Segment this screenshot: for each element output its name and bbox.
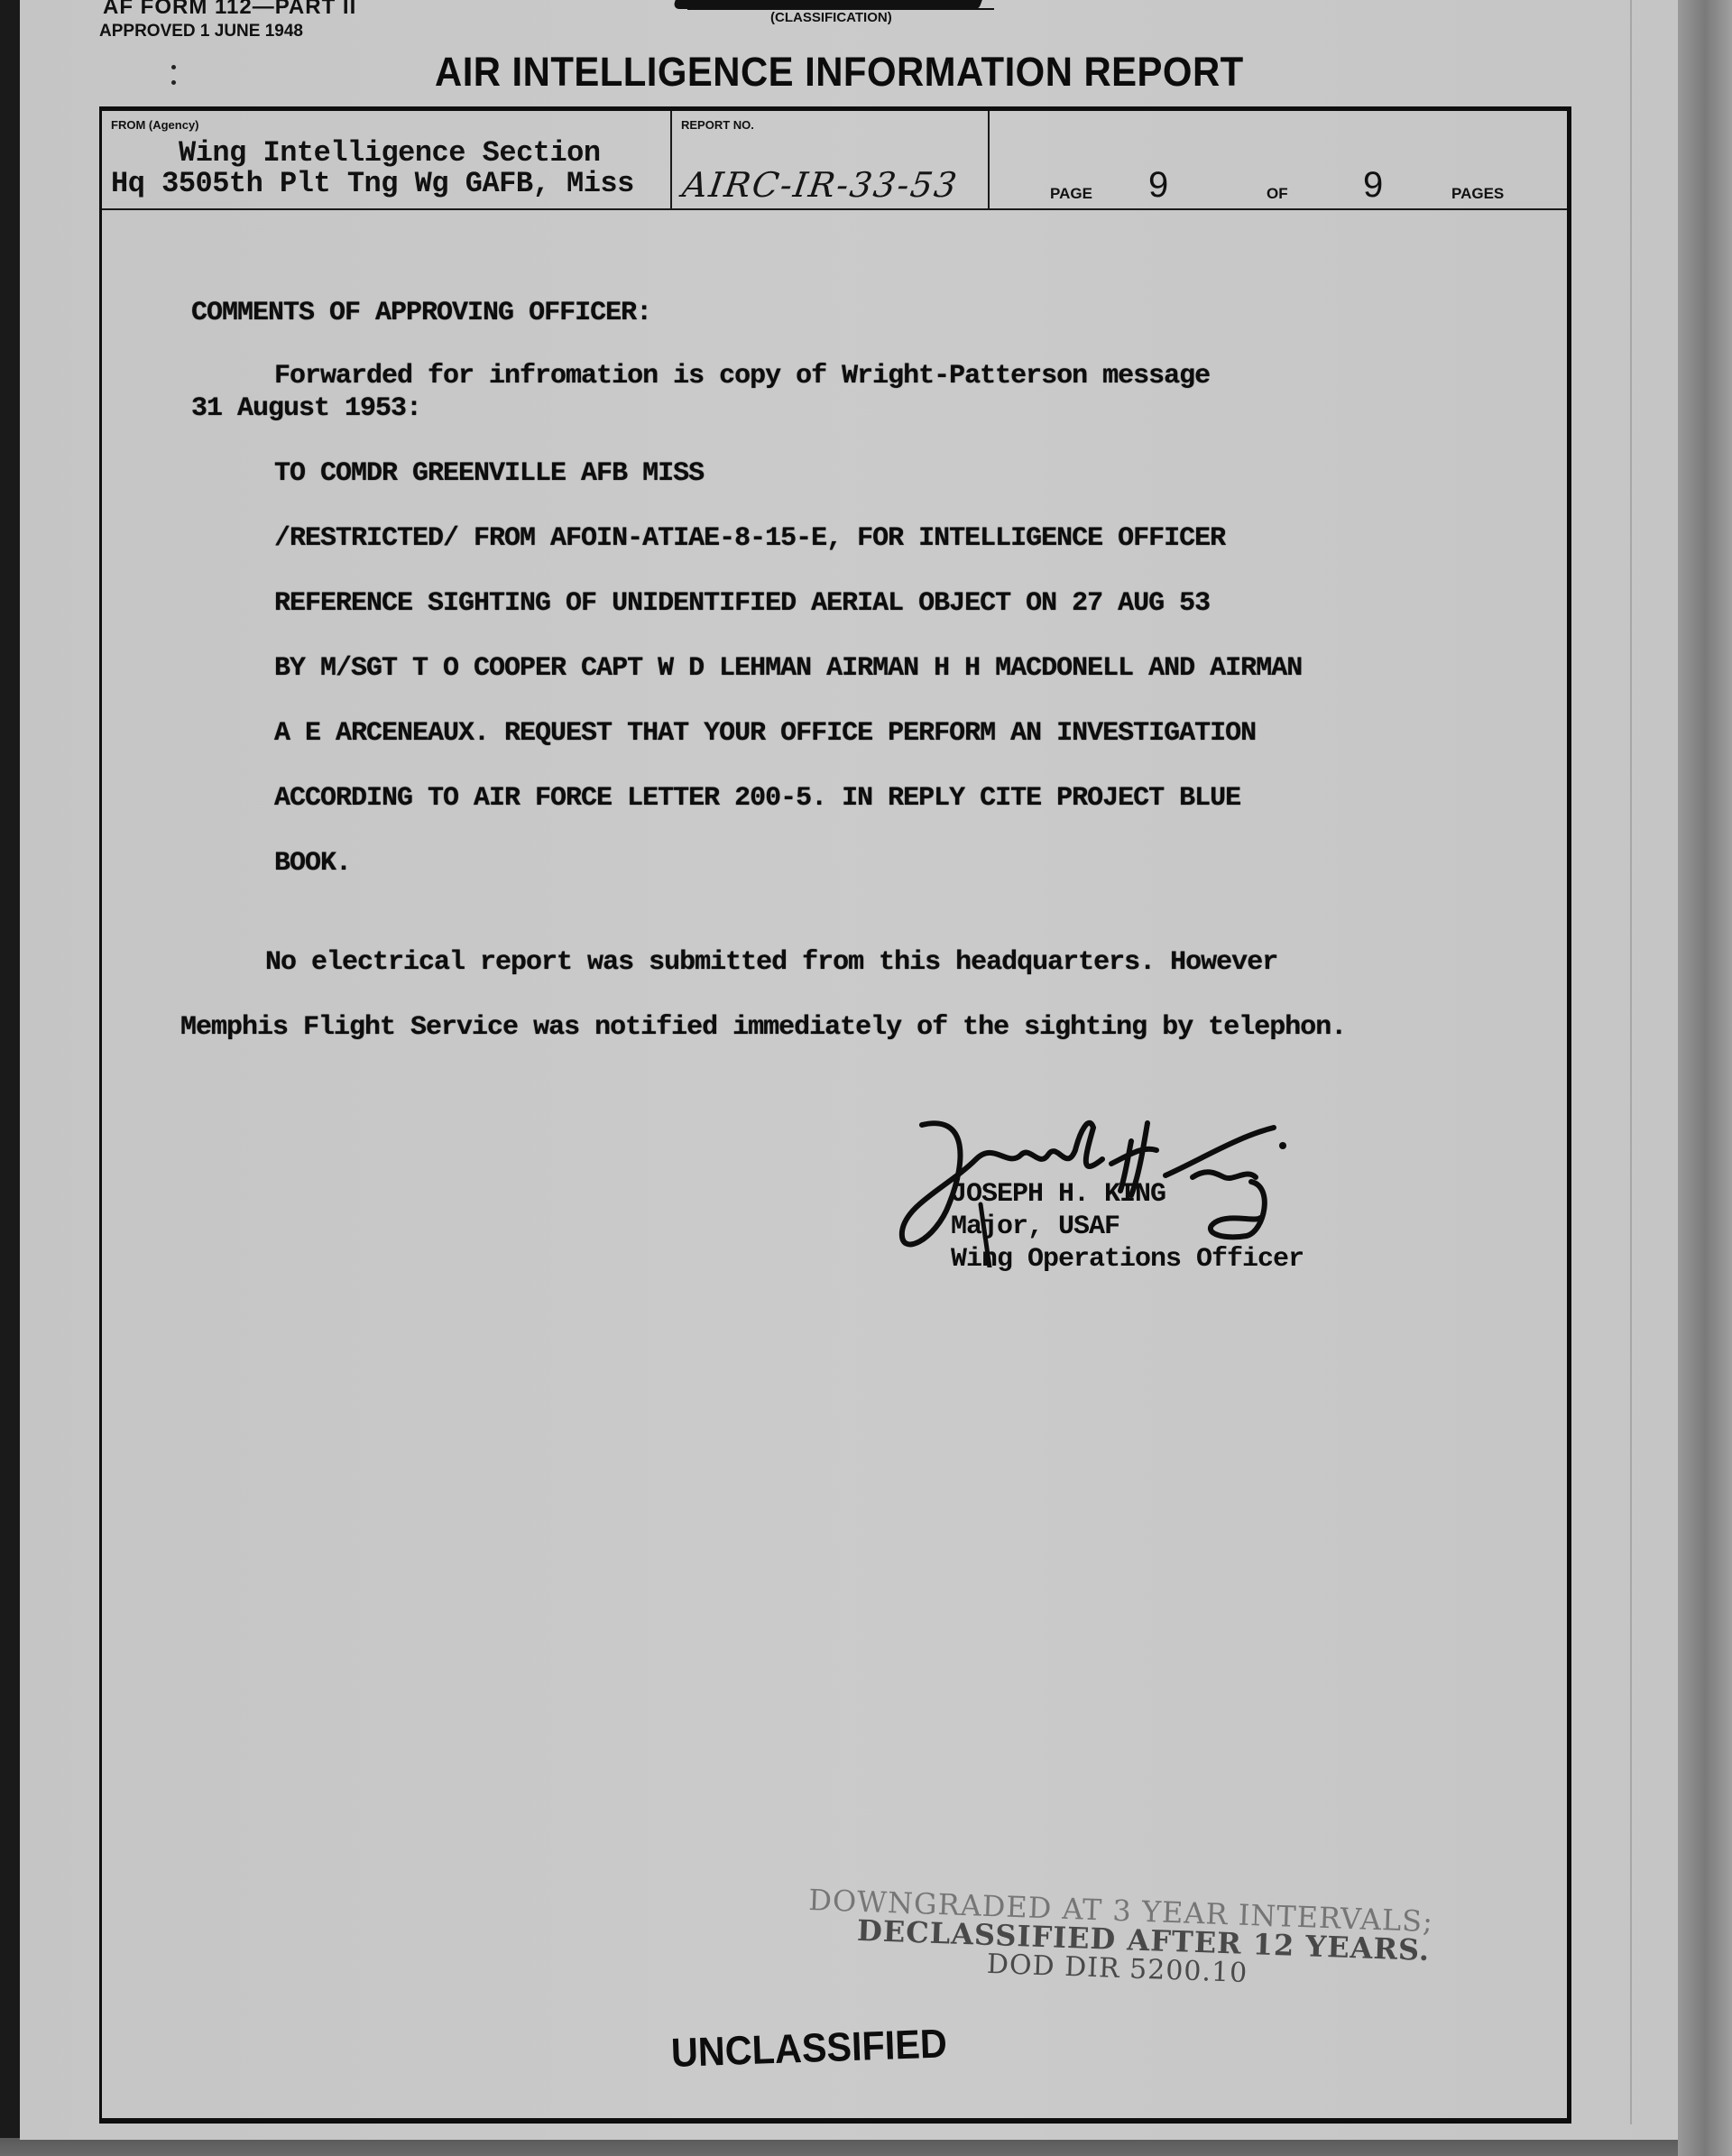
signer-title: Wing Operations Officer <box>951 1243 1304 1276</box>
signer-name: JOSEPH H. KING <box>951 1178 1304 1211</box>
closing-line-1: No electrical report was submitted from … <box>265 947 1277 978</box>
report-number-label: REPORT NO. <box>681 118 754 132</box>
message-line: REFERENCE SIGHTING OF UNIDENTIFIED AERIA… <box>274 588 1210 619</box>
comments-heading: COMMENTS OF APPROVING OFFICER: <box>191 298 651 328</box>
from-agency-label: FROM (Agency) <box>111 118 199 132</box>
report-number-cell: REPORT NO. AIRC-IR-33-53 <box>672 111 990 208</box>
document-page: AF FORM 112—PART II APPROVED 1 JUNE 1948… <box>20 0 1678 2140</box>
signature-block: JOSEPH H. KING Major, USAF Wing Operatio… <box>951 1178 1304 1276</box>
of-label: OF <box>1267 185 1288 203</box>
message-line: A E ARCENEAUX. REQUEST THAT YOUR OFFICE … <box>274 718 1256 749</box>
pages-label: PAGES <box>1451 185 1504 203</box>
message-line: TO COMDR GREENVILLE AFB MISS <box>274 458 704 489</box>
total-pages: 9 <box>1363 165 1383 206</box>
report-number-value: AIRC-IR-33-53 <box>680 165 961 205</box>
signer-rank: Major, USAF <box>951 1211 1304 1243</box>
report-header-row: FROM (Agency) Wing Intelligence Section … <box>102 111 1567 210</box>
page-label: PAGE <box>1050 185 1092 203</box>
form-approved-date: APPROVED 1 JUNE 1948 <box>99 22 303 41</box>
paper-fold-line <box>1630 0 1632 2124</box>
message-line: BOOK. <box>274 848 351 879</box>
message-line: BY M/SGT T O COOPER CAPT W D LEHMAN AIRM… <box>274 653 1302 684</box>
closing-line-2: Memphis Flight Service was notified imme… <box>180 1012 1346 1043</box>
scan-right-edge <box>1678 0 1732 2156</box>
from-agency-line2: Hq 3505th Plt Tng Wg GAFB, Miss <box>111 167 634 200</box>
from-agency-cell: FROM (Agency) Wing Intelligence Section … <box>102 111 672 208</box>
page-count-cell: PAGE 9 OF 9 PAGES <box>990 111 1567 208</box>
intro-line-1: Forwarded for infromation is copy of Wri… <box>274 361 1210 392</box>
form-number: AF FORM 112—PART II <box>103 0 356 20</box>
classification-label: (CLASSIFICATION) <box>770 10 892 25</box>
scan-bottom-edge <box>0 2138 1732 2156</box>
report-title: AIR INTELLIGENCE INFORMATION REPORT <box>435 49 1244 96</box>
message-line: /RESTRICTED/ FROM AFOIN-ATIAE-8-15-E, FO… <box>274 523 1225 554</box>
binder-hole-marks <box>171 65 177 92</box>
page-number: 9 <box>1148 165 1168 206</box>
from-agency-line1: Wing Intelligence Section <box>179 136 601 170</box>
classification-footer: UNCLASSIFIED <box>670 2020 948 2077</box>
intro-line-2: 31 August 1953: <box>191 393 421 424</box>
message-line: ACCORDING TO AIR FORCE LETTER 200-5. IN … <box>274 783 1240 814</box>
